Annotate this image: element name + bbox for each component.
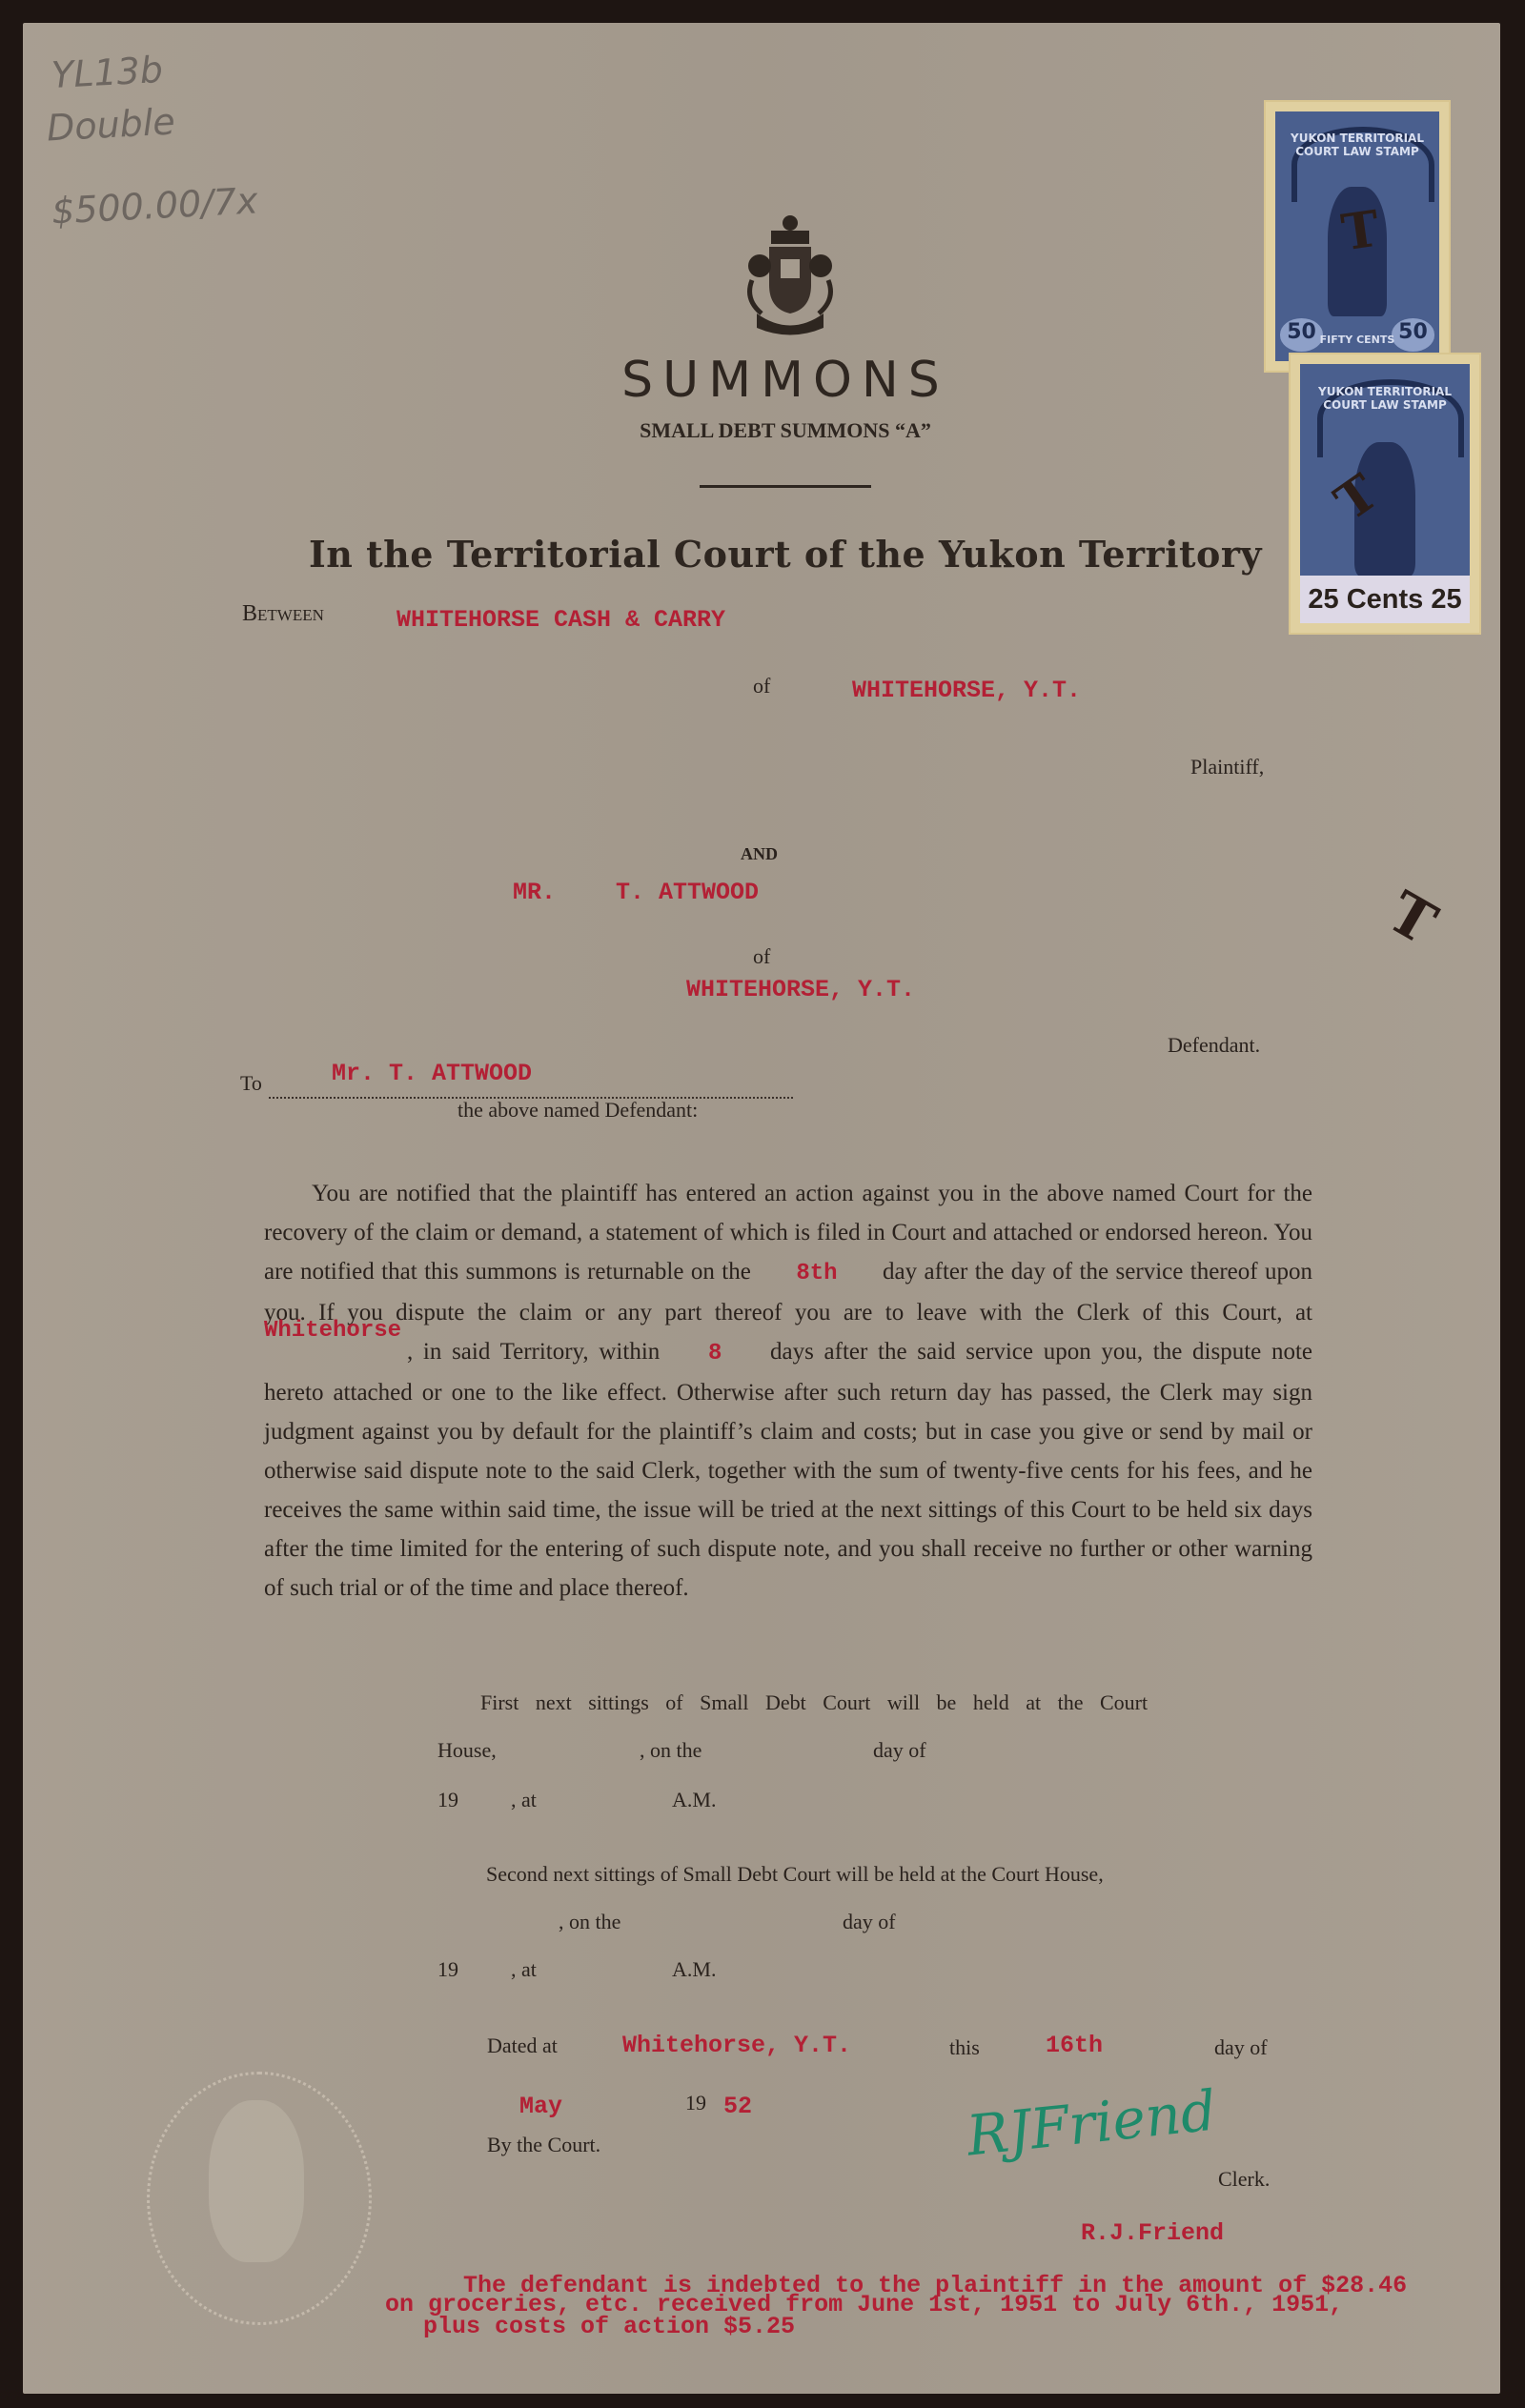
of-label: of [753,944,770,969]
addressee-caption: the above named Defendant: [457,1098,698,1123]
second-at-label: , at [511,1957,537,1982]
to-value: Mr. T. ATTWOOD [332,1060,532,1087]
pencil-note-price: $500.00/7x [51,179,259,232]
month-value: May [519,2093,562,2120]
year-suffix: 52 [723,2093,752,2120]
clerk-label: Clerk. [1218,2167,1270,2192]
by-the-court-label: By the Court. [487,2133,600,2157]
second-year-label: 19 [437,1957,458,1982]
and-label: AND [741,844,778,864]
stamp-issuer: YUKON TERRITORIAL COURT LAW STAMP [1275,132,1439,158]
document-subtitle: SMALL DEBT SUMMONS “A” [557,418,1014,443]
notice-paragraph: You are notified that the plaintiff has … [264,1174,1312,1608]
summons-document: YL13b Double $500.00/7x SUMMONS SMALL DE… [23,23,1500,2394]
second-on-the-label: , on the [559,1910,620,1934]
coat-of-arms-icon [742,213,838,337]
law-stamp-50-cents: YUKON TERRITORIAL COURT LAW STAMP 50 50 … [1266,102,1449,371]
side-cancel-mark: T [1376,880,1447,959]
stamp-value-words: FIFTY CENTS [1275,334,1439,346]
dated-at-label: Dated at [487,2034,558,2058]
return-day-value: 8th [796,1261,837,1286]
first-am-label: A.M. [672,1788,716,1812]
return-place-value: Whitehorse [264,1311,401,1350]
day-value: 16th [1046,2032,1103,2059]
first-on-the-label: , on the [640,1738,701,1763]
document-title: SUMMONS [557,352,1014,409]
second-sittings-line: Second next sittings of Small Debt Court… [486,1862,1306,1887]
defendant-title: MR. [513,879,556,906]
day-of-label: day of [1214,2035,1268,2060]
dated-at-value: Whitehorse, Y.T. [622,2032,851,2059]
cancel-mark-t: T [1338,200,1383,263]
plaintiff-name: WHITEHORSE CASH & CARRY [396,606,725,634]
clerk-signature: RJFriend [964,2077,1219,2168]
this-label: this [949,2035,980,2060]
to-dotted-line [269,1085,793,1099]
plaintiff-label: Plaintiff, [1190,755,1264,779]
defendant-location: WHITEHORSE, Y.T. [686,976,915,1003]
pencil-note-double: Double [46,101,176,150]
notice-text-4: days after the said service upon you, th… [264,1339,1312,1601]
pencil-note-catalog: YL13b [51,49,164,96]
court-name: In the Territorial Court of the Yukon Te… [271,533,1300,576]
stamp-issuer: YUKON TERRITORIAL COURT LAW STAMP [1300,385,1470,412]
plaintiff-location: WHITEHORSE, Y.T. [852,677,1081,704]
within-days-value: 8 [708,1341,722,1366]
year-prefix: 19 [685,2091,706,2115]
first-house-label: House, [437,1738,497,1763]
embossed-crest-icon [209,2100,304,2262]
second-day-of-label: day of [843,1910,896,1934]
first-sittings-line: First next sittings of Small Debt Court … [480,1690,1291,1715]
notice-text-3: , in said Territory, within [407,1339,660,1365]
stamp-overprint: 25 Cents 25 [1300,576,1470,623]
clerk-name: R.J.Friend [1081,2219,1224,2247]
first-day-of-label: day of [873,1738,926,1763]
first-at-label: , at [511,1788,537,1812]
second-am-label: A.M. [672,1957,716,1982]
between-label: Between [242,601,324,627]
endorsement-line-3: plus costs of action $5.25 [423,2313,795,2340]
defendant-name: T. ATTWOOD [616,879,759,906]
first-year-label: 19 [437,1788,458,1812]
law-stamp-25-cents-overprint: YUKON TERRITORIAL COURT LAW STAMP 25 Cen… [1291,354,1479,633]
to-label: To [240,1071,262,1096]
of-label: of [753,674,770,698]
title-divider [700,485,871,488]
defendant-label: Defendant. [1168,1033,1260,1058]
